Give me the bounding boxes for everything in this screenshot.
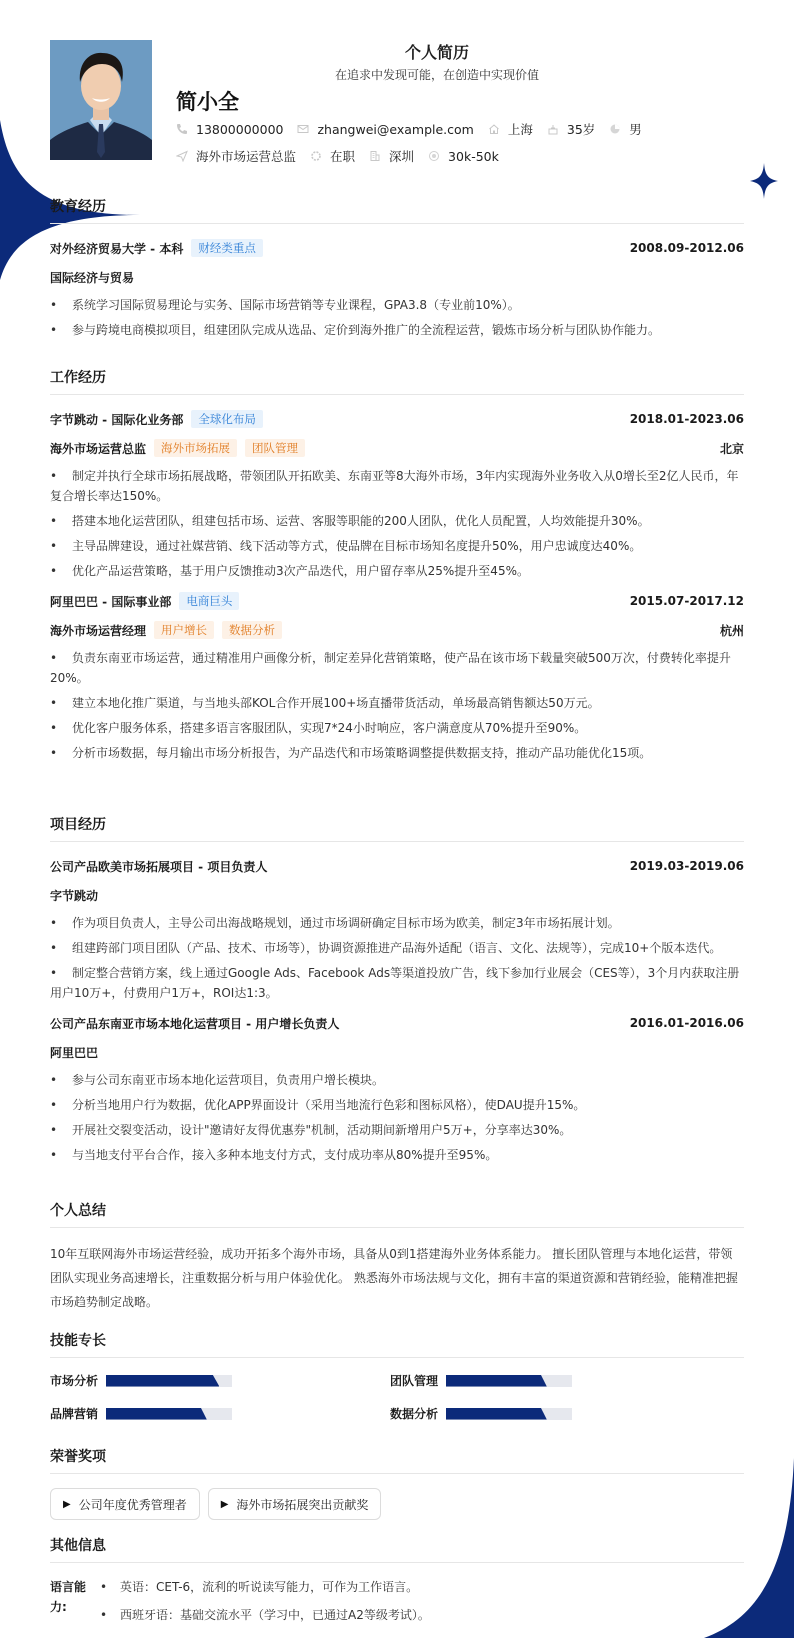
company-tag: 全球化布局 <box>191 410 263 428</box>
skill-bar <box>446 1408 572 1420</box>
list-item: •制定整合营销方案，线上通过Google Ads、Facebook Ads等渠道… <box>50 963 744 1003</box>
status-info: 在职 <box>310 147 355 165</box>
position-title: 海外市场运营经理 <box>50 622 146 639</box>
work-section: 工作经历 字节跳动 - 国际化业务部全球化布局 2018.01-2023.06 … <box>50 367 744 768</box>
section-title: 教育经历 <box>50 196 744 224</box>
candidate-name: 简小全 <box>176 86 239 116</box>
motto: 在追求中发现可能，在创造中实现价值 <box>50 66 744 83</box>
list-item: •参与跨境电商模拟项目，组建团队完成从选品、定价到海外推广的全流程运营，锻炼市场… <box>50 320 744 340</box>
list-item: •作为项目负责人，主导公司出海战略规划，通过市场调研确定目标市场为欧美，制定3年… <box>50 913 744 933</box>
job-info-row: 海外市场运营总监 在职 深圳 30k-50k <box>176 147 513 165</box>
age-info: 35岁 <box>547 120 595 138</box>
salary-info: 30k-50k <box>428 149 499 164</box>
summary-section: 个人总结 10年互联网海外市场运营经验，成功开拓多个海外市场，具备从0到1搭建海… <box>50 1200 744 1314</box>
age-icon <box>547 123 559 135</box>
major: 国际经济与贸易 <box>50 267 744 287</box>
language-info: 语言能力: •英语：CET-6，流利的听说读写能力，可作为工作语言。 •西班牙语… <box>50 1577 744 1633</box>
awards-section: 荣誉奖项 ▶公司年度优秀管理者 ▶海外市场拓展突出贡献奖 <box>50 1446 744 1520</box>
company-name: 阿里巴巴 - 国际事业部 <box>50 593 171 610</box>
mail-icon <box>297 123 309 135</box>
work-bullets: •负责东南亚市场运营，通过精准用户画像分析，制定差异化营销策略，使产品在该市场下… <box>50 648 744 763</box>
award-badge: ▶公司年度优秀管理者 <box>50 1488 200 1520</box>
contact-info-row: 13800000000 zhangwei@example.com 上海 35岁 … <box>176 120 656 138</box>
awards-list: ▶公司年度优秀管理者 ▶海外市场拓展突出贡献奖 <box>50 1488 744 1520</box>
list-item: •参与公司东南亚市场本地化运营项目，负责用户增长模块。 <box>50 1070 744 1090</box>
send-icon <box>176 150 188 162</box>
skill-label: 团队管理 <box>390 1372 446 1389</box>
skill-item: 团队管理 <box>390 1372 730 1389</box>
position-title: 海外市场运营总监 <box>50 440 146 457</box>
list-item: •分析当地用户行为数据，优化APP界面设计（采用当地流行色彩和图标风格），使DA… <box>50 1095 744 1115</box>
education-entry: 对外经济贸易大学 - 本科财经类重点 2008.09-2012.06 国际经济与… <box>50 238 744 340</box>
section-title: 工作经历 <box>50 367 744 395</box>
skills-grid: 市场分析 团队管理 品牌营销 数据分析 <box>50 1372 744 1422</box>
position-info: 海外市场运营总监 <box>176 147 296 165</box>
status-icon <box>310 150 322 162</box>
project-org: 阿里巴巴 <box>50 1042 744 1062</box>
list-item: •负责东南亚市场运营，通过精准用户画像分析，制定差异化营销策略，使产品在该市场下… <box>50 648 744 688</box>
resume-page: 个人简历 在追求中发现可能，在创造中实现价值 简小全 13800000000 z… <box>0 0 794 1638</box>
project-bullets: •参与公司东南亚市场本地化运营项目，负责用户增长模块。 •分析当地用户行为数据，… <box>50 1070 744 1165</box>
language-label: 语言能力: <box>50 1577 100 1633</box>
skill-item: 数据分析 <box>390 1405 730 1422</box>
education-date: 2008.09-2012.06 <box>630 241 744 255</box>
position-tag: 数据分析 <box>222 621 282 639</box>
skill-bar <box>106 1408 232 1420</box>
other-info-section: 其他信息 语言能力: •英语：CET-6，流利的听说读写能力，可作为工作语言。 … <box>50 1535 744 1633</box>
city-info: 上海 <box>488 120 533 138</box>
skill-bar-fill <box>446 1408 547 1420</box>
email-info: zhangwei@example.com <box>297 122 473 137</box>
list-item: •系统学习国际贸易理论与实务、国际市场营销等专业课程，GPA3.8（专业前10%… <box>50 295 744 315</box>
award-badge: ▶海外市场拓展突出贡献奖 <box>208 1488 382 1520</box>
work-city-info: 深圳 <box>369 147 414 165</box>
position-tag: 海外市场拓展 <box>154 439 237 457</box>
skill-label: 品牌营销 <box>50 1405 106 1422</box>
salary-icon <box>428 150 440 162</box>
phone-info: 13800000000 <box>176 122 283 137</box>
sparkle-icon <box>750 163 778 199</box>
document-title: 个人简历 <box>50 40 744 63</box>
project-entry: 公司产品东南亚市场本地化运营项目 - 用户增长负责人 2016.01-2016.… <box>50 1013 744 1165</box>
work-entry: 字节跳动 - 国际化业务部全球化布局 2018.01-2023.06 海外市场运… <box>50 409 744 581</box>
list-item: •开展社交裂变活动，设计"邀请好友得优惠券"机制，活动期间新增用户5万+，分享率… <box>50 1120 744 1140</box>
company-name: 字节跳动 - 国际化业务部 <box>50 411 183 428</box>
section-title: 个人总结 <box>50 1200 744 1228</box>
project-org: 字节跳动 <box>50 885 744 905</box>
work-location: 杭州 <box>720 622 744 639</box>
home-icon <box>488 123 500 135</box>
language-list: •英语：CET-6，流利的听说读写能力，可作为工作语言。 •西班牙语：基础交流水… <box>100 1577 430 1633</box>
project-bullets: •作为项目负责人，主导公司出海战略规划，通过市场调研确定目标市场为欧美，制定3年… <box>50 913 744 1003</box>
triangle-right-icon: ▶ <box>221 1499 229 1510</box>
section-title: 荣誉奖项 <box>50 1446 744 1474</box>
list-item: •主导品牌建设，通过社媒营销、线下活动等方式，使品牌在目标市场知名度提升50%，… <box>50 536 744 556</box>
skill-bar <box>106 1375 232 1387</box>
skill-bar-fill <box>106 1408 207 1420</box>
skill-bar-fill <box>106 1375 219 1387</box>
phone-icon <box>176 123 188 135</box>
school-name: 对外经济贸易大学 - 本科 <box>50 240 183 257</box>
work-entry: 阿里巴巴 - 国际事业部电商巨头 2015.07-2017.12 海外市场运营经… <box>50 591 744 763</box>
work-date: 2015.07-2017.12 <box>630 594 744 608</box>
company-tag: 电商巨头 <box>179 592 239 610</box>
skills-section: 技能专长 市场分析 团队管理 品牌营销 数据分析 <box>50 1330 744 1422</box>
work-date: 2018.01-2023.06 <box>630 412 744 426</box>
summary-text: 10年互联网海外市场运营经验，成功开拓多个海外市场，具备从0到1搭建海外业务体系… <box>50 1242 744 1314</box>
resume-header: 个人简历 在追求中发现可能，在创造中实现价值 简小全 13800000000 z… <box>50 40 744 160</box>
project-date: 2019.03-2019.06 <box>630 859 744 873</box>
work-bullets: •制定并执行全球市场拓展战略，带领团队开拓欧美、东南亚等8大海外市场，3年内实现… <box>50 466 744 581</box>
skill-bar <box>446 1375 572 1387</box>
project-date: 2016.01-2016.06 <box>630 1016 744 1030</box>
list-item: •英语：CET-6，流利的听说读写能力，可作为工作语言。 <box>100 1577 430 1597</box>
education-bullets: •系统学习国际贸易理论与实务、国际市场营销等专业课程，GPA3.8（专业前10%… <box>50 295 744 340</box>
list-item: •建立本地化推广渠道，与当地头部KOL合作开展100+场直播带货活动，单场最高销… <box>50 693 744 713</box>
list-item: •分析市场数据，每月输出市场分析报告，为产品迭代和市场策略调整提供数据支持，推动… <box>50 743 744 763</box>
list-item: •制定并执行全球市场拓展战略，带领团队开拓欧美、东南亚等8大海外市场，3年内实现… <box>50 466 744 506</box>
project-entry: 公司产品欧美市场拓展项目 - 项目负责人 2019.03-2019.06 字节跳… <box>50 856 744 1003</box>
skill-bar-fill <box>446 1375 547 1387</box>
skill-item: 品牌营销 <box>50 1405 390 1422</box>
position-tag: 用户增长 <box>154 621 214 639</box>
gender-icon <box>609 123 621 135</box>
project-name: 公司产品欧美市场拓展项目 - 项目负责人 <box>50 858 267 875</box>
position-tag: 团队管理 <box>245 439 305 457</box>
triangle-right-icon: ▶ <box>63 1499 71 1510</box>
list-item: •优化客户服务体系，搭建多语言客服团队，实现7*24小时响应，客户满意度从70%… <box>50 718 744 738</box>
list-item: •优化产品运营策略，基于用户反馈推动3次产品迭代，用户留存率从25%提升至45%… <box>50 561 744 581</box>
list-item: •与当地支付平台合作，接入多种本地支付方式，支付成功率从80%提升至95%。 <box>50 1145 744 1165</box>
building-icon <box>369 150 381 162</box>
section-title: 项目经历 <box>50 814 744 842</box>
work-location: 北京 <box>720 440 744 457</box>
list-item: •组建跨部门项目团队（产品、技术、市场等），协调资源推进产品海外适配（语言、文化… <box>50 938 744 958</box>
list-item: •西班牙语：基础交流水平（学习中，已通过A2等级考试）。 <box>100 1605 430 1625</box>
list-item: •搭建本地化运营团队，组建包括市场、运营、客服等职能的200人团队，优化人员配置… <box>50 511 744 531</box>
section-title: 技能专长 <box>50 1330 744 1358</box>
projects-section: 项目经历 公司产品欧美市场拓展项目 - 项目负责人 2019.03-2019.0… <box>50 814 744 1170</box>
project-name: 公司产品东南亚市场本地化运营项目 - 用户增长负责人 <box>50 1015 339 1032</box>
section-title: 其他信息 <box>50 1535 744 1563</box>
school-tag: 财经类重点 <box>191 239 263 257</box>
skill-item: 市场分析 <box>50 1372 390 1389</box>
skill-label: 数据分析 <box>390 1405 446 1422</box>
education-section: 教育经历 对外经济贸易大学 - 本科财经类重点 2008.09-2012.06 … <box>50 196 744 345</box>
gender-info: 男 <box>609 120 642 138</box>
skill-label: 市场分析 <box>50 1372 106 1389</box>
